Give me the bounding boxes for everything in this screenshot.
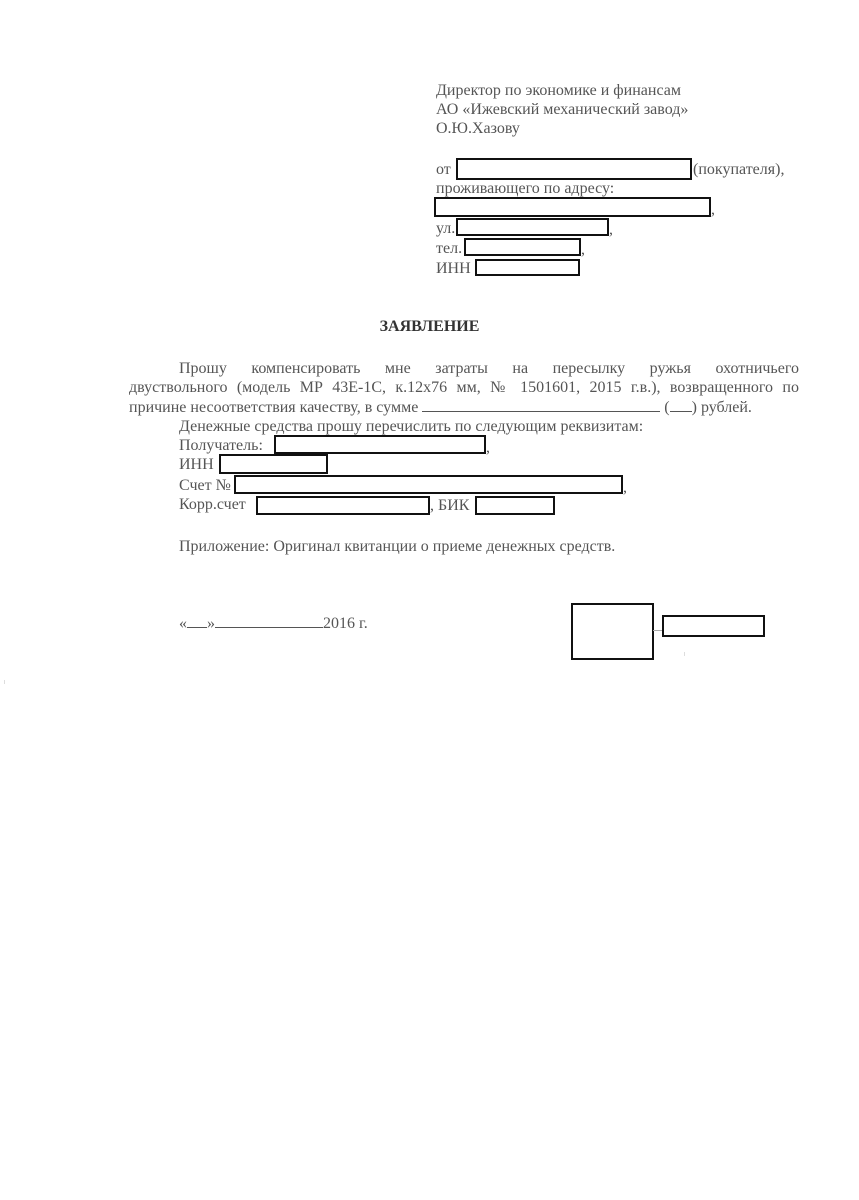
sum-intro: причине несоответствия качеству, в сумме	[129, 399, 418, 416]
phone-label: тел.	[436, 239, 462, 258]
redacted-recipient	[274, 435, 486, 454]
month-field[interactable]	[215, 613, 323, 628]
street-label: ул.	[436, 219, 455, 238]
addressee-line-2: АО «Ижевский механический завод»	[436, 100, 688, 119]
sum-amount-field[interactable]	[422, 397, 660, 412]
address-suffix: ,	[711, 200, 715, 219]
scan-speck	[4, 680, 5, 684]
account-label: Счет №	[179, 476, 231, 495]
redacted-recipient-inn	[219, 454, 328, 474]
redacted-buyer-name	[456, 158, 692, 180]
sum-words-field[interactable]	[670, 397, 692, 412]
req-inn-label: ИНН	[179, 455, 214, 474]
date-year: 2016 г.	[323, 615, 368, 632]
street-suffix: ,	[609, 220, 613, 239]
from-label: от	[436, 160, 451, 179]
addressee-line-3: О.Ю.Хазову	[436, 119, 520, 138]
buyer-suffix: (покупателя),	[693, 160, 784, 179]
redacted-signer-name	[662, 615, 765, 637]
redacted-street	[456, 218, 609, 236]
redacted-phone	[464, 238, 581, 256]
paragraph-line-3: причине несоответствия качеству, в сумме…	[129, 397, 752, 417]
redacted-account	[234, 475, 623, 494]
recipient-label: Получатель:	[179, 436, 263, 455]
addressee-line-1: Директор по экономике и финансам	[436, 81, 681, 100]
date-open-quote: «	[179, 615, 187, 632]
inn-label: ИНН	[436, 259, 471, 278]
redacted-bik	[475, 496, 555, 515]
document-title: ЗАЯВЛЕНИЕ	[0, 318, 859, 336]
phone-suffix: ,	[581, 240, 585, 259]
rubles-suffix: ) рублей.	[692, 399, 752, 416]
date-line: «»2016 г.	[179, 613, 368, 633]
redacted-address	[434, 197, 711, 217]
recipient-suffix: ,	[486, 438, 490, 457]
bik-label: , БИК	[430, 496, 469, 515]
corr-account-label: Корр.счет	[179, 495, 246, 514]
address-label: проживающего по адресу:	[436, 179, 614, 198]
account-suffix: ,	[623, 478, 627, 497]
transfer-intro: Денежные средства прошу перечислить по с…	[179, 417, 643, 436]
scan-speck	[684, 652, 685, 656]
date-close-quote: »	[207, 615, 215, 632]
attachment-note: Приложение: Оригинал квитанции о приеме …	[179, 537, 615, 556]
paragraph-line-2: двуствольного (модель МР 43Е-1С, к.12х76…	[129, 378, 799, 397]
paragraph-line-1: Прошу компенсировать мне затраты на пере…	[129, 359, 799, 378]
day-field[interactable]	[187, 613, 207, 628]
redacted-corr-account	[256, 496, 430, 515]
redacted-signature	[571, 603, 654, 660]
redacted-inn	[475, 259, 580, 276]
